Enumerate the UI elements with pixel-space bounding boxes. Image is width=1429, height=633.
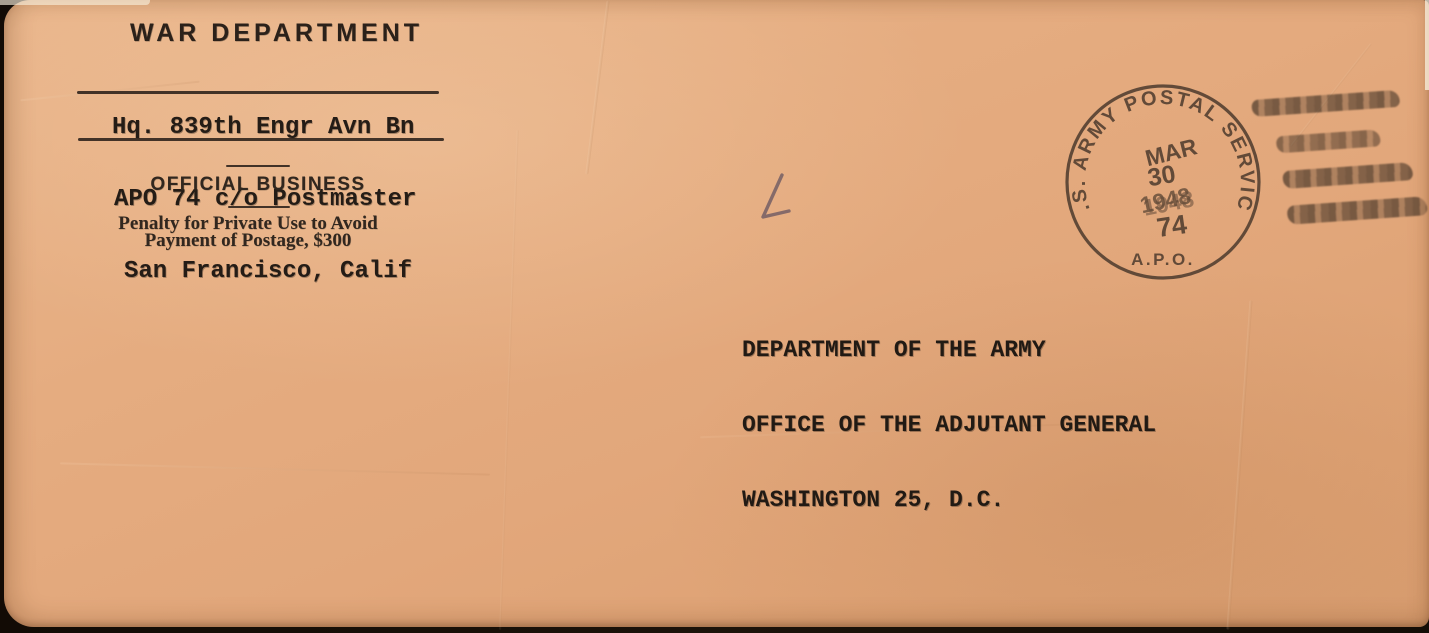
recipient-address-line: DEPARTMENT OF THE ARMY (742, 338, 1156, 363)
cancellation-bar (1251, 90, 1400, 117)
official-business-label: OFFICIAL BUSINESS (150, 174, 365, 196)
envelope-scan: WAR DEPARTMENT Hq. 839th Engr Avn Bn APO… (0, 0, 1429, 633)
war-department-heading: WAR DEPARTMENT (130, 19, 423, 48)
return-address-block: Hq. 839th Engr Avn Bn APO 74 c/o Postmas… (112, 68, 416, 332)
return-address-line: San Francisco, Calif (112, 260, 416, 284)
address-underline-rule (78, 138, 444, 141)
return-address-line: Hq. 839th Engr Avn Bn (112, 116, 416, 140)
recipient-address-line: OFFICE OF THE ADJUTANT GENERAL (742, 413, 1156, 438)
postmark-apo-label: A.P.O. (1131, 250, 1195, 269)
penalty-line: Payment of Postage, $300 (118, 232, 377, 249)
separator-rule (226, 165, 290, 167)
separator-rule (228, 206, 290, 208)
address-underline-rule (77, 91, 439, 94)
postmark-apo-number: 74 (1155, 209, 1189, 243)
scan-edge-artifact (0, 0, 150, 5)
cancellation-bar (1276, 129, 1381, 153)
cancellation-bar (1282, 162, 1413, 189)
cancellation-bar (1287, 196, 1428, 225)
army-postal-service-postmark: U.S. ARMY POSTAL SERVICE MAR 30 1948 194… (1053, 72, 1273, 292)
cancellation-killer-bars (1251, 84, 1429, 245)
recipient-address-line: WASHINGTON 25, D.C. (742, 488, 1156, 513)
recipient-address-block: DEPARTMENT OF THE ARMY OFFICE OF THE ADJ… (742, 288, 1156, 563)
pencil-checkmark-annotation (748, 164, 808, 234)
penalty-statement: Penalty for Private Use to Avoid Payment… (118, 215, 377, 249)
scan-edge-artifact (1425, 0, 1429, 90)
